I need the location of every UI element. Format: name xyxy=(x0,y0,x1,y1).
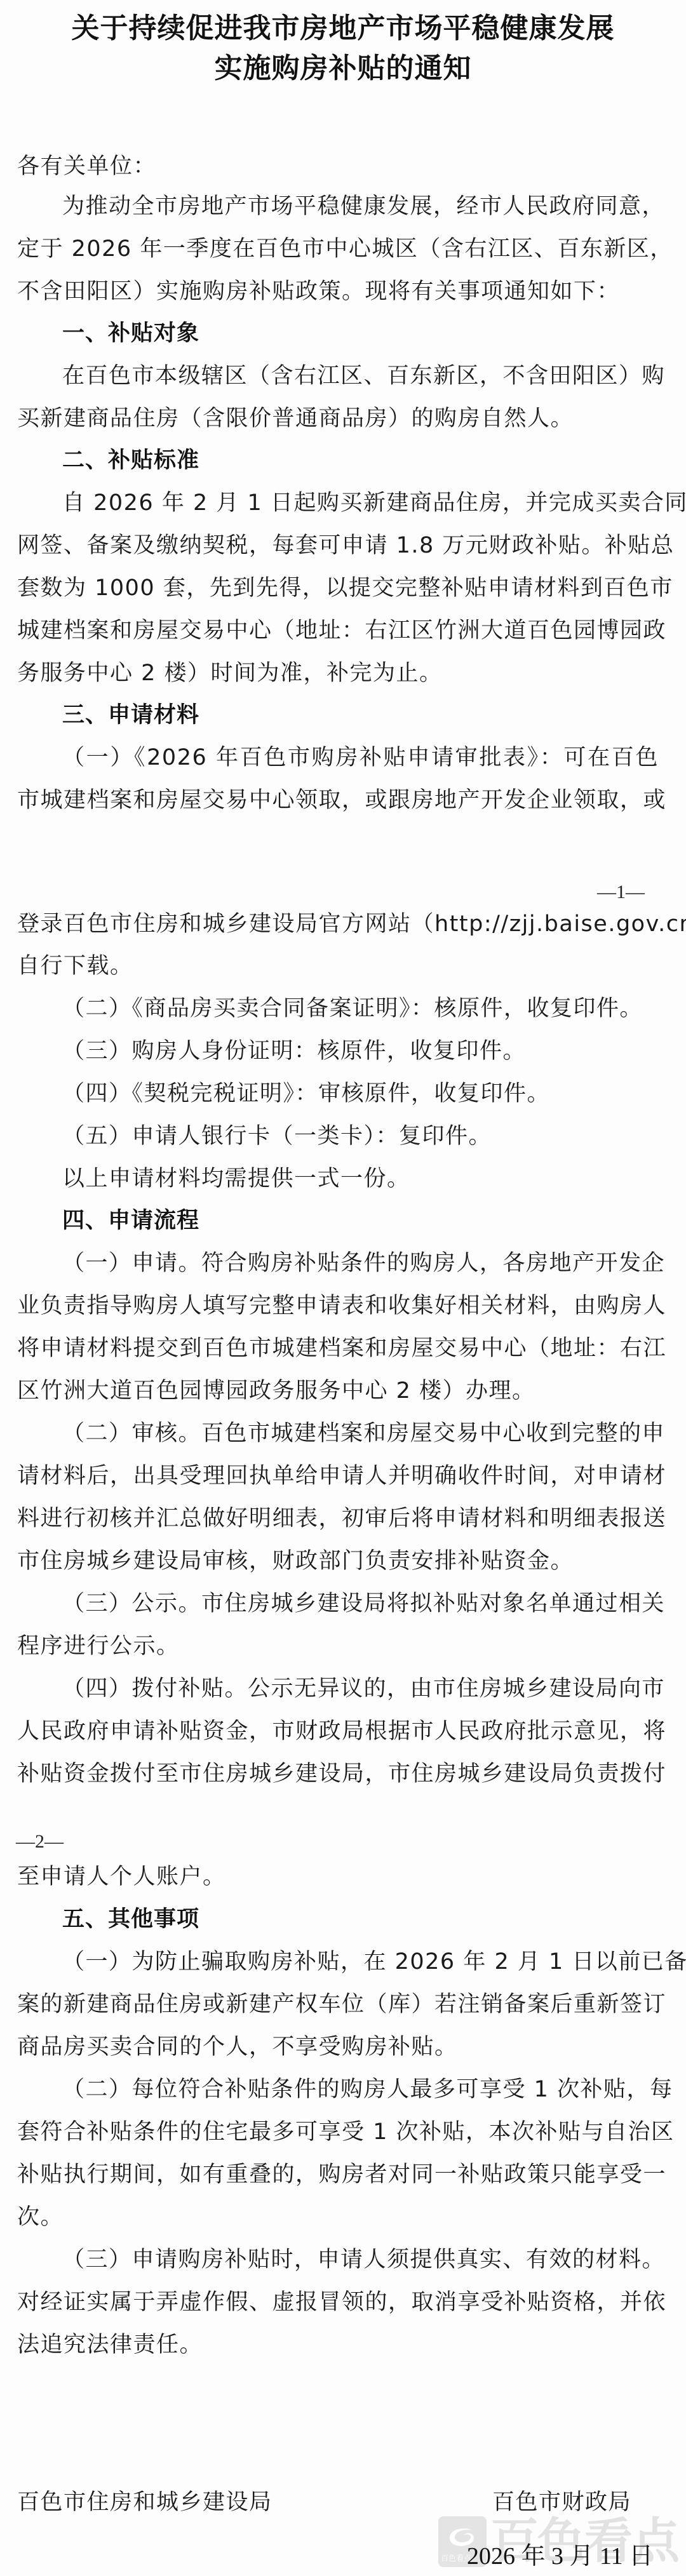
body-line: 登录百色市住房和城乡建设局官方网站（http://zjj.baise.gov.c… xyxy=(17,908,659,940)
body-line: 法追究法律责任。 xyxy=(17,2329,659,2361)
body-line: 次。 xyxy=(17,2201,659,2233)
issue-date: 2026 年 3 月 11 日 xyxy=(467,2540,653,2572)
body-line: 案的新建商品住房或新建产权车位（库）若注销备案后重新签订 xyxy=(17,1989,659,2020)
notice-document: 关于持续促进我市房地产市场平稳健康发展 实施购房补贴的通知 各有关单位： 为推动… xyxy=(0,0,686,2576)
body-line: 补贴执行期间，如有重叠的，购房者对同一补贴政策只能享受一 xyxy=(17,2159,659,2190)
section-heading-subsidy-target: 一、补贴对象 xyxy=(62,318,199,349)
body-line: （二）审核。百色市城建档案和房屋交易中心收到完整的申 xyxy=(62,1418,659,1449)
section-heading-subsidy-standard: 二、补贴标准 xyxy=(62,445,199,476)
body-line: 市住房城乡建设局审核，财政部门负责安排补贴资金。 xyxy=(17,1545,659,1577)
body-line: 网签、备案及缴纳契税，每套可申请 1.8 万元财政补贴。补贴总 xyxy=(17,530,659,561)
body-line: 套符合补贴条件的住宅最多可享受 1 次补贴，本次补贴与自治区 xyxy=(17,2116,659,2148)
body-line: 自 2026 年 2 月 1 日起购买新建商品住房，并完成买卖合同 xyxy=(62,487,659,519)
body-line: 对经证实属于弄虚作假、虚报冒领的，取消享受补贴资格，并依 xyxy=(17,2286,659,2318)
body-line: 买新建商品住房（含限价普通商品房）的购房自然人。 xyxy=(17,403,659,434)
body-line: （一）为防止骗取购房补贴，在 2026 年 2 月 1 日以前已备 xyxy=(62,1946,659,1978)
body-line: 料进行初核并汇总做好明细表，初审后将申请材料和明细表报送 xyxy=(17,1503,659,1534)
document-title-line-1: 关于持续促进我市房地产市场平稳健康发展 xyxy=(0,10,686,48)
body-line: 商品房买卖合同的个人，不享受购房补贴。 xyxy=(17,2031,659,2063)
body-line: （二）每位符合补贴条件的购房人最多可享受 1 次补贴，每 xyxy=(62,2074,659,2105)
body-line: 补贴资金拨付至市住房城乡建设局，市住房城乡建设局负责拨付 xyxy=(17,1758,659,1790)
intro-line: 定于 2026 年一季度在百色市中心城区（含右江区、百东新区， xyxy=(17,233,659,265)
body-line: 业负责指导购房人填写完整申请表和收集好相关材料，由购房人 xyxy=(17,1290,659,1322)
body-line: （二）《商品房买卖合同备案证明》：核原件，收复印件。 xyxy=(62,993,659,1024)
body-line: 程序进行公示。 xyxy=(17,1630,659,1662)
body-line: 务服务中心 2 楼）时间为准，补完为止。 xyxy=(17,657,659,689)
body-line: （五）申请人银行卡（一类卡）：复印件。 xyxy=(62,1120,659,1152)
body-line: （一）《2026 年百色市购房补贴申请审批表》：可在百色 xyxy=(62,742,659,774)
body-line: 城建档案和房屋交易中心（地址：右江区竹洲大道百色园博园政 xyxy=(17,615,659,647)
body-line: 套数为 1000 套，先到先得，以提交完整补贴申请材料到百色市 xyxy=(17,572,659,604)
page-number-1: —1— xyxy=(597,880,645,905)
body-line: （四）拨付补贴。公示无异议的，由市住房城乡建设局向市 xyxy=(62,1673,659,1705)
signature-housing-bureau: 百色市住房和城乡建设局 xyxy=(17,2486,272,2518)
document-title-line-2: 实施购房补贴的通知 xyxy=(0,50,686,88)
body-line: 自行下载。 xyxy=(17,950,659,982)
body-line: 以上申请材料均需提供一式一份。 xyxy=(62,1163,659,1195)
section-heading-application-process: 四、申请流程 xyxy=(62,1205,199,1237)
body-line: （四）《契税完税证明》：审核原件，收复印件。 xyxy=(62,1078,659,1110)
section-heading-application-materials: 三、申请材料 xyxy=(62,699,199,731)
body-line: 请材料后，出具受理回执单给申请人并明确收件时间，对申请材 xyxy=(17,1460,659,1492)
intro-line: 为推动全市房地产市场平稳健康发展，经市人民政府同意， xyxy=(62,191,659,222)
body-line: （三）购房人身份证明：核原件，收复印件。 xyxy=(62,1035,659,1067)
body-line: 区竹洲大道百色园博园政务服务中心 2 楼）办理。 xyxy=(17,1375,659,1407)
body-line: 市城建档案和房屋交易中心领取，或跟房地产开发企业领取，或 xyxy=(17,784,659,816)
body-line: （三）公示。市住房城乡建设局将拟补贴对象名单通过相关 xyxy=(62,1588,659,1620)
body-line: 将申请材料提交到百色市城建档案和房屋交易中心（地址：右江 xyxy=(17,1332,659,1364)
body-line: （一）申请。符合购房补贴条件的购房人，各房地产开发企 xyxy=(62,1247,659,1279)
salutation: 各有关单位： xyxy=(17,151,659,182)
page-number-2: —2— xyxy=(16,1829,64,1855)
body-line: 人民政府申请补贴资金，市财政局根据市人民政府批示意见，将 xyxy=(17,1715,659,1747)
body-line: 至申请人个人账户。 xyxy=(17,1861,659,1893)
body-line: （三）申请购房补贴时，申请人须提供真实、有效的材料。 xyxy=(62,2244,659,2276)
intro-line: 不含田阳区）实施购房补贴政策。现将有关事项通知如下： xyxy=(17,276,659,307)
section-heading-other-matters: 五、其他事项 xyxy=(62,1903,199,1935)
body-line: 在百色市本级辖区（含右江区、百东新区，不含田阳区）购 xyxy=(62,360,659,392)
